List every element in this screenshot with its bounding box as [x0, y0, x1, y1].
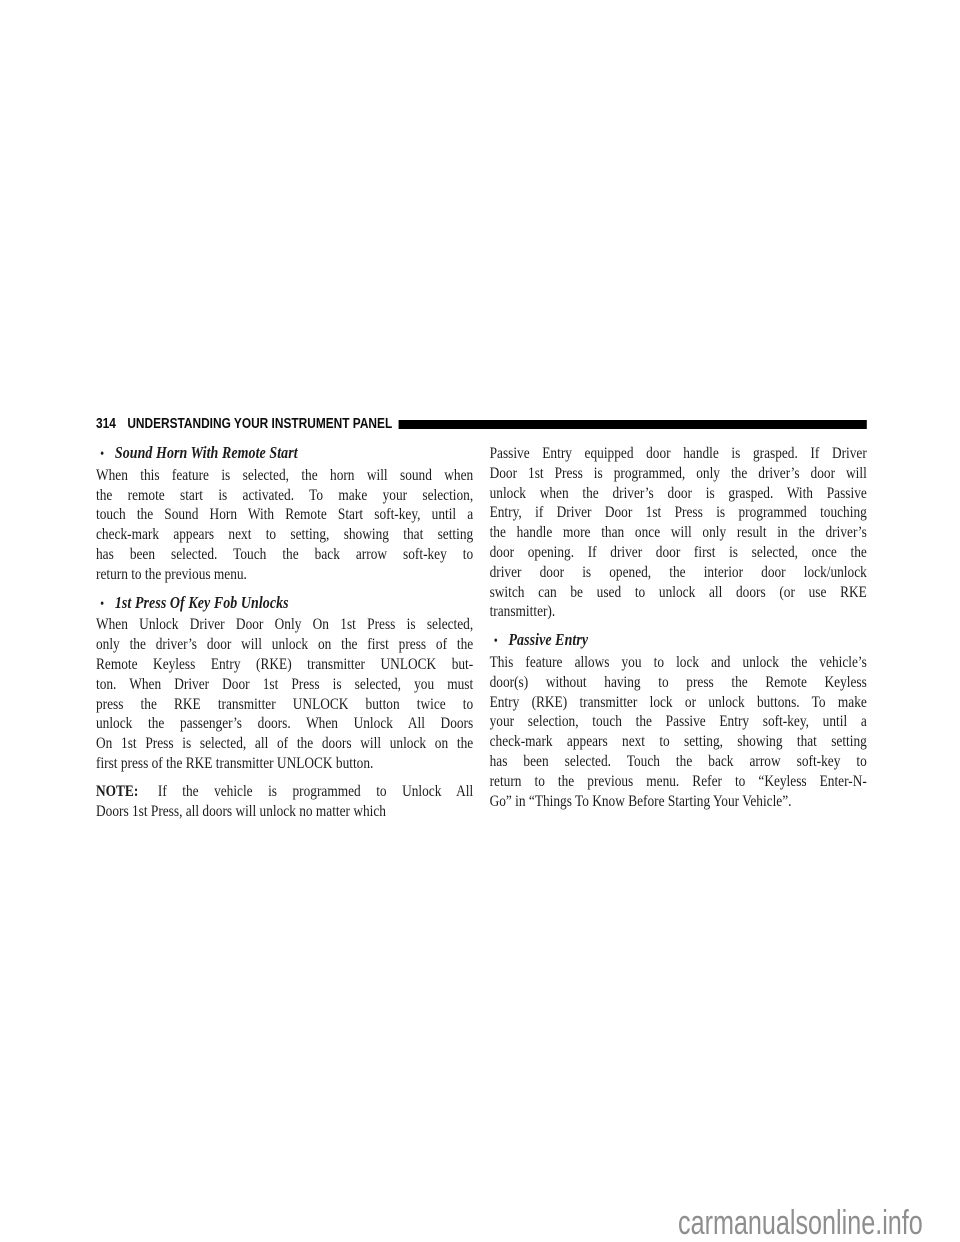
- section-heading-text: Passive Entry: [508, 630, 588, 650]
- bullet-icon: •: [490, 632, 509, 652]
- text-line: press the RKE transmitter UNLOCK button …: [96, 694, 473, 714]
- text-line: touch the Sound Horn With Remote Start s…: [96, 504, 473, 524]
- text-line: Doors 1st Press, all doors will unlock n…: [96, 801, 473, 821]
- section-heading: • 1st Press Of Key Fob Unlocks: [96, 593, 473, 615]
- text-columns: • Sound Horn With Remote Start When this…: [96, 443, 867, 820]
- header-bar: [399, 420, 867, 429]
- text-line: This feature allows you to lock and unlo…: [490, 652, 867, 672]
- watermark: carmanualsonline.info: [678, 1206, 923, 1240]
- text-line: ton. When Driver Door 1st Press is selec…: [96, 674, 473, 694]
- manual-page: 314 UNDERSTANDING YOUR INSTRUMENT PANEL …: [0, 0, 960, 1242]
- text-line: Door 1st Press is programmed, only the d…: [490, 463, 867, 483]
- bullet-icon: •: [96, 445, 115, 465]
- text-line: Entry (RKE) transmitter lock or unlock b…: [490, 692, 867, 712]
- text-line: Remote Keyless Entry (RKE) transmitter U…: [96, 654, 473, 674]
- text-line: driver door is opened, the interior door…: [490, 562, 867, 582]
- section-heading-text: 1st Press Of Key Fob Unlocks: [115, 593, 289, 613]
- continuation-paragraph: Passive Entry equipped door handle is gr…: [490, 443, 867, 621]
- note-block: NOTE: If the vehicle is programmed to Un…: [96, 781, 473, 821]
- bullet-icon: •: [96, 595, 115, 615]
- header-title: UNDERSTANDING YOUR INSTRUMENT PANEL: [127, 417, 392, 431]
- left-column: • Sound Horn With Remote Start When this…: [96, 443, 473, 820]
- text-line: door opening. If driver door first is se…: [490, 542, 867, 562]
- text-line: unlock when the driver’s door is grasped…: [490, 483, 867, 503]
- note-paragraph: Doors 1st Press, all doors will unlock n…: [96, 801, 473, 821]
- section-paragraph: When Unlock Driver Door Only On 1st Pres…: [96, 614, 473, 772]
- section-heading: • Passive Entry: [490, 630, 867, 652]
- text-line: has been selected. Touch the back arrow …: [490, 751, 867, 771]
- section-passive-entry: • Passive Entry This feature allows you …: [490, 630, 867, 810]
- text-line: the remote start is activated. To make y…: [96, 485, 473, 505]
- text-line: only the driver’s door will unlock on th…: [96, 634, 473, 654]
- text-line: the handle more than once will only resu…: [490, 522, 867, 542]
- text-line: When this feature is selected, the horn …: [96, 465, 473, 485]
- section-paragraph: This feature allows you to lock and unlo…: [490, 652, 867, 810]
- text-line: On 1st Press is selected, all of the doo…: [96, 733, 473, 753]
- text-line: transmitter).: [490, 601, 867, 621]
- text-line: has been selected. Touch the back arrow …: [96, 544, 473, 564]
- section-1st-press-of-key-fob-unlocks: • 1st Press Of Key Fob Unlocks When Unlo…: [96, 593, 473, 773]
- section-heading-text: Sound Horn With Remote Start: [115, 443, 298, 463]
- section-sound-horn-with-remote-start: • Sound Horn With Remote Start When this…: [96, 443, 473, 584]
- note-label: NOTE:: [96, 781, 142, 800]
- page-content: 314 UNDERSTANDING YOUR INSTRUMENT PANEL …: [96, 417, 867, 820]
- right-column: Passive Entry equipped door handle is gr…: [490, 443, 867, 820]
- text-line: check-mark appears next to setting, show…: [96, 524, 473, 544]
- page-number: 314: [96, 417, 116, 431]
- text-line: first press of the RKE transmitter UNLOC…: [96, 753, 473, 773]
- note-text: If the vehicle is programmed to Unlock A…: [158, 781, 473, 800]
- text-line: return to the previous menu. Refer to “K…: [490, 771, 867, 791]
- text-line: Passive Entry equipped door handle is gr…: [490, 443, 867, 463]
- section-heading: • Sound Horn With Remote Start: [96, 443, 473, 465]
- text-line: return to the previous menu.: [96, 564, 473, 584]
- text-line: check-mark appears next to setting, show…: [490, 731, 867, 751]
- text-line: Go” in “Things To Know Before Starting Y…: [490, 791, 867, 811]
- text-line: Entry, if Driver Door 1st Press is progr…: [490, 502, 867, 522]
- text-line: your selection, touch the Passive Entry …: [490, 711, 867, 731]
- section-paragraph: When this feature is selected, the horn …: [96, 465, 473, 584]
- text-line: unlock the passenger’s doors. When Unloc…: [96, 713, 473, 733]
- text-line: door(s) without having to press the Remo…: [490, 672, 867, 692]
- note-first-line: NOTE: If the vehicle is programmed to Un…: [96, 781, 473, 801]
- text-line: When Unlock Driver Door Only On 1st Pres…: [96, 614, 473, 634]
- text-line: switch can be used to unlock all doors (…: [490, 582, 867, 602]
- page-header: 314 UNDERSTANDING YOUR INSTRUMENT PANEL: [96, 417, 867, 431]
